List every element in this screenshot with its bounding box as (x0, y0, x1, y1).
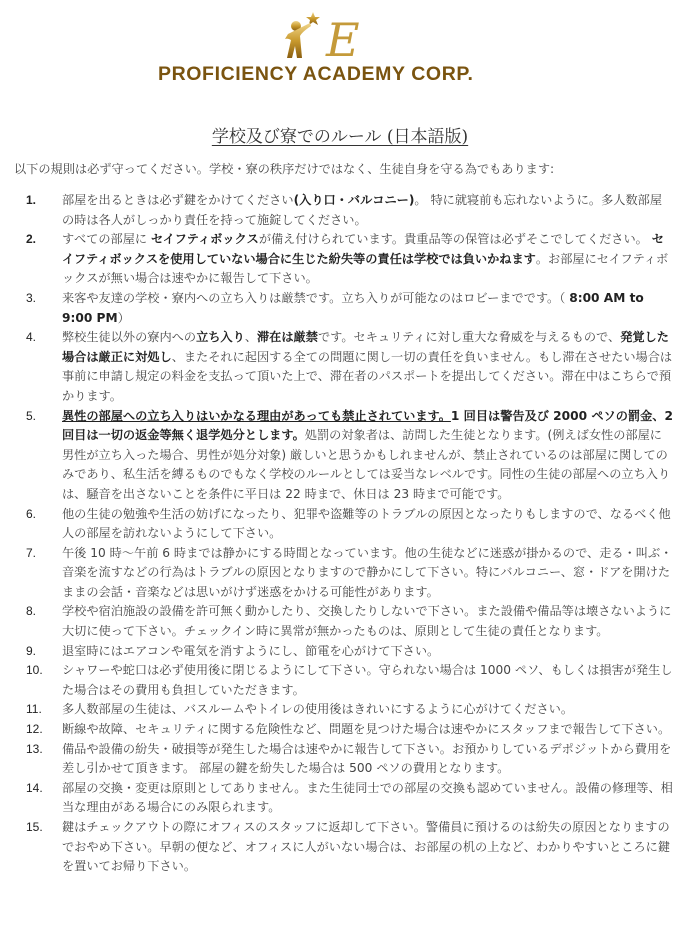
star-figure-icon (282, 12, 322, 62)
rule-text: 備品や設備の紛失・破損等が発生した場合は速やかに報告して下さい。お預かりしている… (62, 740, 674, 779)
rule-item: 8.学校や宿泊施設の設備を許可無く動かしたり、交換したりしないで下さい。また設備… (24, 602, 674, 641)
rule-text-segment: 退室時にはエアコンや電気を消すようにし、節電を心がけて下さい。 (62, 644, 439, 658)
rule-item: 11.多人数部屋の生徒は、バスルームやトイレの使用後はきれいにするように心がけて… (24, 700, 674, 720)
rule-item: 10.シャワーや蛇口は必ず使用後に閉じるようにして下さい。守られない場合は 10… (24, 661, 674, 700)
rule-item: 15.鍵はチェックアウトの際にオフィスのスタッフに返却して下さい。警備員に預ける… (24, 818, 674, 877)
rule-number: 3. (26, 289, 56, 309)
logo-script-letter: E (326, 16, 376, 64)
rule-number: 8. (26, 602, 56, 622)
rule-text-emphasis: 立ち入り (196, 330, 245, 344)
rule-number: 10. (26, 661, 56, 681)
rule-text-segment: 午後 10 時～午前 6 時までは静かにする時間となっています。他の生徒などに迷… (62, 546, 672, 599)
rule-item: 1.部屋を出るときは必ず鍵をかけてください(入り口・バルコニー)。 特に就寝前も… (24, 191, 674, 230)
rule-text-emphasis: 滞在は厳禁 (257, 330, 318, 344)
rule-text-segment: シャワーや蛇口は必ず使用後に閉じるようにして下さい。守られない場合は 1000 … (62, 663, 672, 697)
rule-text-segment: です。セキュリティに対し重大な脅威を与えるもので、 (318, 330, 620, 344)
rule-text: 午後 10 時～午前 6 時までは静かにする時間となっています。他の生徒などに迷… (62, 544, 674, 603)
rule-number: 11. (26, 700, 56, 720)
rule-text: 部屋を出るときは必ず鍵をかけてください(入り口・バルコニー)。 特に就寝前も忘れ… (62, 191, 674, 230)
rule-number: 14. (26, 779, 56, 799)
logo-subtitle: PROFICIENCY ACADEMY CORP. (158, 63, 524, 86)
rule-text-segment: 多人数部屋の生徒は、バスルームやトイレの使用後はきれいにするように心がけてくださ… (62, 702, 573, 716)
rules-list: 1.部屋を出るときは必ず鍵をかけてください(入り口・バルコニー)。 特に就寝前も… (24, 191, 674, 877)
rule-item: 3.来客や友達の学校・寮内への立ち入りは厳禁です。立ち入りが可能なのはロビーまで… (24, 289, 674, 328)
rule-item: 13.備品や設備の紛失・破損等が発生した場合は速やかに報告して下さい。お預かりし… (24, 740, 674, 779)
rule-text: 他の生徒の勉強や生活の妨げになったり、犯罪や盗難等のトラブルの原因となったりもし… (62, 505, 674, 544)
rule-text: すべての部屋に セイフティボックスが備え付けられています。貴重品等の保管は必ずそ… (62, 230, 674, 289)
rule-text: 鍵はチェックアウトの際にオフィスのスタッフに返却して下さい。警備員に預けるのは紛… (62, 818, 674, 877)
rule-number: 13. (26, 740, 56, 760)
rule-text: 学校や宿泊施設の設備を許可無く動かしたり、交換したりしないで下さい。また設備や備… (62, 602, 674, 641)
rule-text-segment: 部屋の交換・変更は原則としてありません。また生徒同士での部屋の交換も認めていませ… (62, 781, 673, 815)
rule-text: 退室時にはエアコンや電気を消すようにし、節電を心がけて下さい。 (62, 642, 674, 662)
page-title: 学校及び寮でのルール (日本語版) (0, 122, 680, 147)
rule-text-segment: 部屋を出るときは必ず鍵をかけてください (62, 193, 294, 207)
rule-text-emphasis: セイフティボックス (151, 232, 259, 246)
rule-item: 4.弊校生徒以外の寮内への立ち入り、滞在は厳禁です。セキュリティに対し重大な脅威… (24, 328, 674, 406)
rule-number: 7. (26, 544, 56, 564)
rule-text-segment: 、 (245, 330, 257, 344)
rule-item: 12.断線や故障、セキュリティに関する危険性など、問題を見つけた場合は速やかにス… (24, 720, 674, 740)
rule-text-segment: 鍵はチェックアウトの際にオフィスのスタッフに返却して下さい。警備員に預けるのは紛… (62, 820, 670, 873)
rule-item: 7.午後 10 時～午前 6 時までは静かにする時間となっています。他の生徒など… (24, 544, 674, 603)
rule-text-emphasis: 異性の部屋への立ち入りはいかなる理由があっても禁止されています。 (62, 409, 451, 423)
rule-number: 5. (26, 407, 56, 427)
rule-number: 12. (26, 720, 56, 740)
rule-text: シャワーや蛇口は必ず使用後に閉じるようにして下さい。守られない場合は 1000 … (62, 661, 674, 700)
rule-number: 2. (26, 230, 56, 250)
rule-text-segment: 学校や宿泊施設の設備を許可無く動かしたり、交換したりしないで下さい。また設備や備… (62, 604, 671, 638)
rule-item: 5.異性の部屋への立ち入りはいかなる理由があっても禁止されています。1 回目は警… (24, 407, 674, 505)
rule-text: 来客や友達の学校・寮内への立ち入りは厳禁です。立ち入りが可能なのはロビーまでです… (62, 289, 674, 328)
rule-item: 6.他の生徒の勉強や生活の妨げになったり、犯罪や盗難等のトラブルの原因となったり… (24, 505, 674, 544)
rule-item: 14.部屋の交換・変更は原則としてありません。また生徒同士での部屋の交換も認めて… (24, 779, 674, 818)
rule-text-segment: 弊校生徒以外の寮内への (62, 330, 196, 344)
rule-item: 2.すべての部屋に セイフティボックスが備え付けられています。貴重品等の保管は必… (24, 230, 674, 289)
rule-number: 1. (26, 191, 56, 211)
rule-text: 弊校生徒以外の寮内への立ち入り、滞在は厳禁です。セキュリティに対し重大な脅威を与… (62, 328, 674, 406)
rule-number: 6. (26, 505, 56, 525)
rule-text-segment: が備え付けられています。貴重品等の保管は必ずそこでしてください。 (259, 232, 652, 246)
page-title-text: 学校及び寮でのルール (日本語版) (212, 127, 468, 147)
company-logo: GENIUS NGLISH E PROFICIENCY ACADEMY CORP… (158, 8, 524, 86)
rule-number: 9. (26, 642, 56, 662)
intro-text: 以下の規則は必ず守ってください。学校・寮の秩序だけではなく、生徒自身を守る為でも… (14, 160, 554, 177)
rule-text-emphasis: (入り口・バルコニー) (294, 193, 415, 207)
rule-text: 断線や故障、セキュリティに関する危険性など、問題を見つけた場合は速やかにスタッフ… (62, 720, 674, 740)
rule-text-segment: 来客や友達の学校・寮内への立ち入りは厳禁です。立ち入りが可能なのはロビーまでです… (62, 291, 569, 305)
rule-text: 部屋の交換・変更は原則としてありません。また生徒同士での部屋の交換も認めていませ… (62, 779, 674, 818)
rule-item: 9.退室時にはエアコンや電気を消すようにし、節電を心がけて下さい。 (24, 642, 674, 662)
rule-text: 異性の部屋への立ち入りはいかなる理由があっても禁止されています。1 回目は警告及… (62, 407, 674, 505)
rule-text-segment: 断線や故障、セキュリティに関する危険性など、問題を見つけた場合は速やかにスタッフ… (62, 722, 670, 736)
rule-text-segment: 他の生徒の勉強や生活の妨げになったり、犯罪や盗難等のトラブルの原因となったりもし… (62, 507, 671, 541)
rule-number: 15. (26, 818, 56, 838)
rule-number: 4. (26, 328, 56, 348)
rule-text-segment: ） (118, 311, 130, 325)
rule-text-segment: すべての部屋に (62, 232, 151, 246)
logo-word-english: NGLISH (370, 22, 517, 65)
rule-text: 多人数部屋の生徒は、バスルームやトイレの使用後はきれいにするように心がけてくださ… (62, 700, 674, 720)
rule-text-segment: 備品や設備の紛失・破損等が発生した場合は速やかに報告して下さい。お預かりしている… (62, 742, 671, 776)
